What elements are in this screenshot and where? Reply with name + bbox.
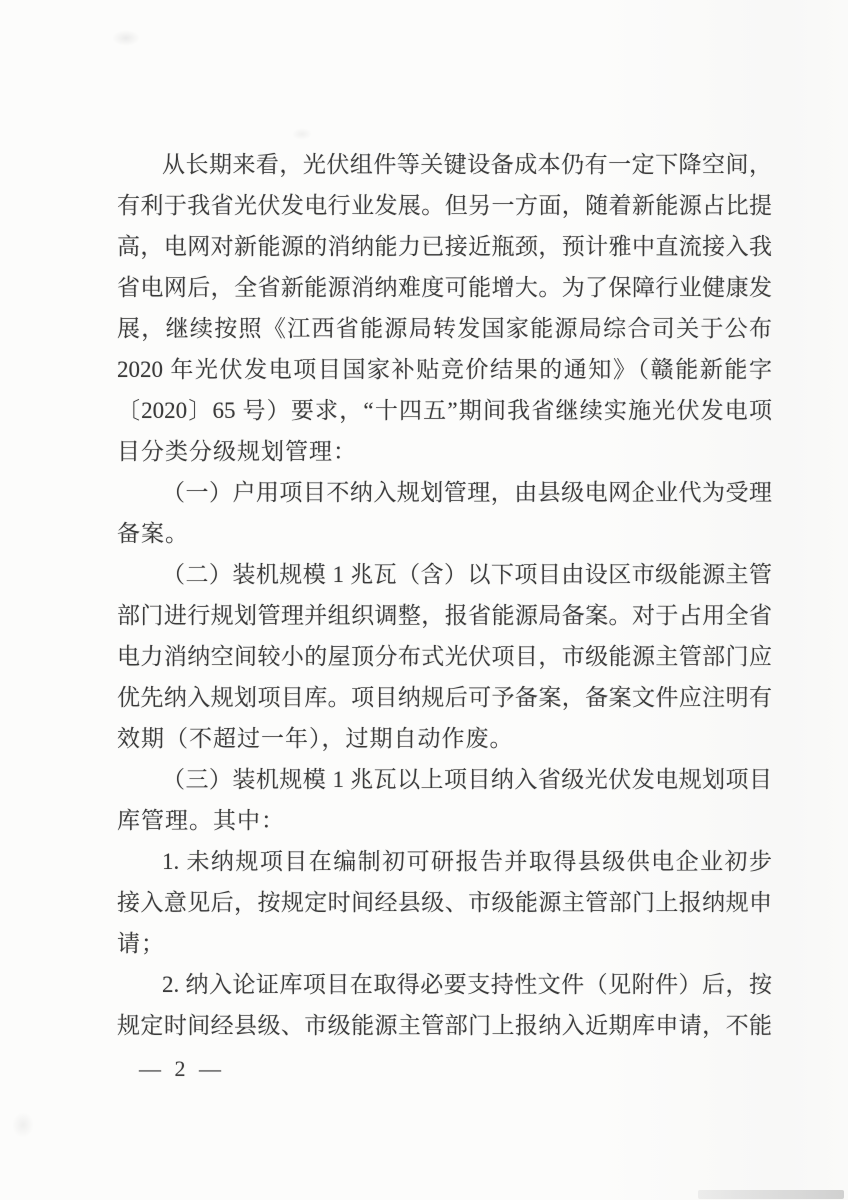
page-number: — 2 — [139,1054,225,1084]
paragraph: （二）装机规模 1 兆瓦（含）以下项目由设区市级能源主管部门进行规划管理并组织调… [117,554,772,759]
scan-edge-artifact [698,1190,844,1199]
paragraph: 2. 纳入论证库项目在取得必要支持性文件（见附件）后，按规定时间经县级、市级能源… [117,964,772,1046]
text-line: 规定时间经县级、市级能源主管部门上报纳入近期库申请，不能 [117,1005,772,1046]
paragraph: （一）户用项目不纳入规划管理，由县级电网企业代为受理备案。 [117,472,772,554]
text-line: 电力消纳空间较小的屋顶分布式光伏项目，市级能源主管部门应 [117,636,772,677]
text-line: 库管理。其中： [117,800,772,841]
text-line: 效期（不超过一年），过期自动作废。 [117,718,772,759]
scan-smudge [292,128,312,140]
text-line: 请； [117,923,772,964]
text-line: 有利于我省光伏发电行业发展。但另一方面，随着新能源占比提 [117,185,772,226]
scan-smudge [12,1112,34,1138]
paragraph: 从长期来看，光伏组件等关键设备成本仍有一定下降空间，有利于我省光伏发电行业发展。… [117,144,772,472]
text-line: （一）户用项目不纳入规划管理，由县级电网企业代为受理 [117,472,772,513]
text-line: 部门进行规划管理并组织调整，报省能源局备案。对于占用全省 [117,595,772,636]
text-line: 目分类分级规划管理： [117,431,772,472]
text-line: 2. 纳入论证库项目在取得必要支持性文件（见附件）后，按 [117,964,772,1005]
text-line: 备案。 [117,513,772,554]
text-line: 优先纳入规划项目库。项目纳规后可予备案，备案文件应注明有 [117,677,772,718]
text-line: 〔2020〕65 号）要求，“十四五”期间我省继续实施光伏发电项 [117,390,772,431]
paragraph: （三）装机规模 1 兆瓦以上项目纳入省级光伏发电规划项目库管理。其中： [117,759,772,841]
text-line: 展，继续按照《江西省能源局转发国家能源局综合司关于公布 [117,308,772,349]
text-line: 省电网后，全省新能源消纳难度可能增大。为了保障行业健康发 [117,267,772,308]
text-line: （二）装机规模 1 兆瓦（含）以下项目由设区市级能源主管 [117,554,772,595]
document-body: 从长期来看，光伏组件等关键设备成本仍有一定下降空间，有利于我省光伏发电行业发展。… [117,144,772,1046]
paragraph: 1. 未纳规项目在编制初可研报告并取得县级供电企业初步接入意见后，按规定时间经县… [117,841,772,964]
scan-smudge [112,30,140,46]
text-line: 高，电网对新能源的消纳能力已接近瓶颈，预计雅中直流接入我 [117,226,772,267]
text-line: （三）装机规模 1 兆瓦以上项目纳入省级光伏发电规划项目 [117,759,772,800]
text-line: 接入意见后，按规定时间经县级、市级能源主管部门上报纳规申 [117,882,772,923]
text-line: 1. 未纳规项目在编制初可研报告并取得县级供电企业初步 [117,841,772,882]
text-line: 从长期来看，光伏组件等关键设备成本仍有一定下降空间， [117,144,772,185]
text-line: 2020 年光伏发电项目国家补贴竞价结果的通知》（赣能新能字 [117,349,772,390]
scanned-document-page: 从长期来看，光伏组件等关键设备成本仍有一定下降空间，有利于我省光伏发电行业发展。… [0,0,848,1200]
